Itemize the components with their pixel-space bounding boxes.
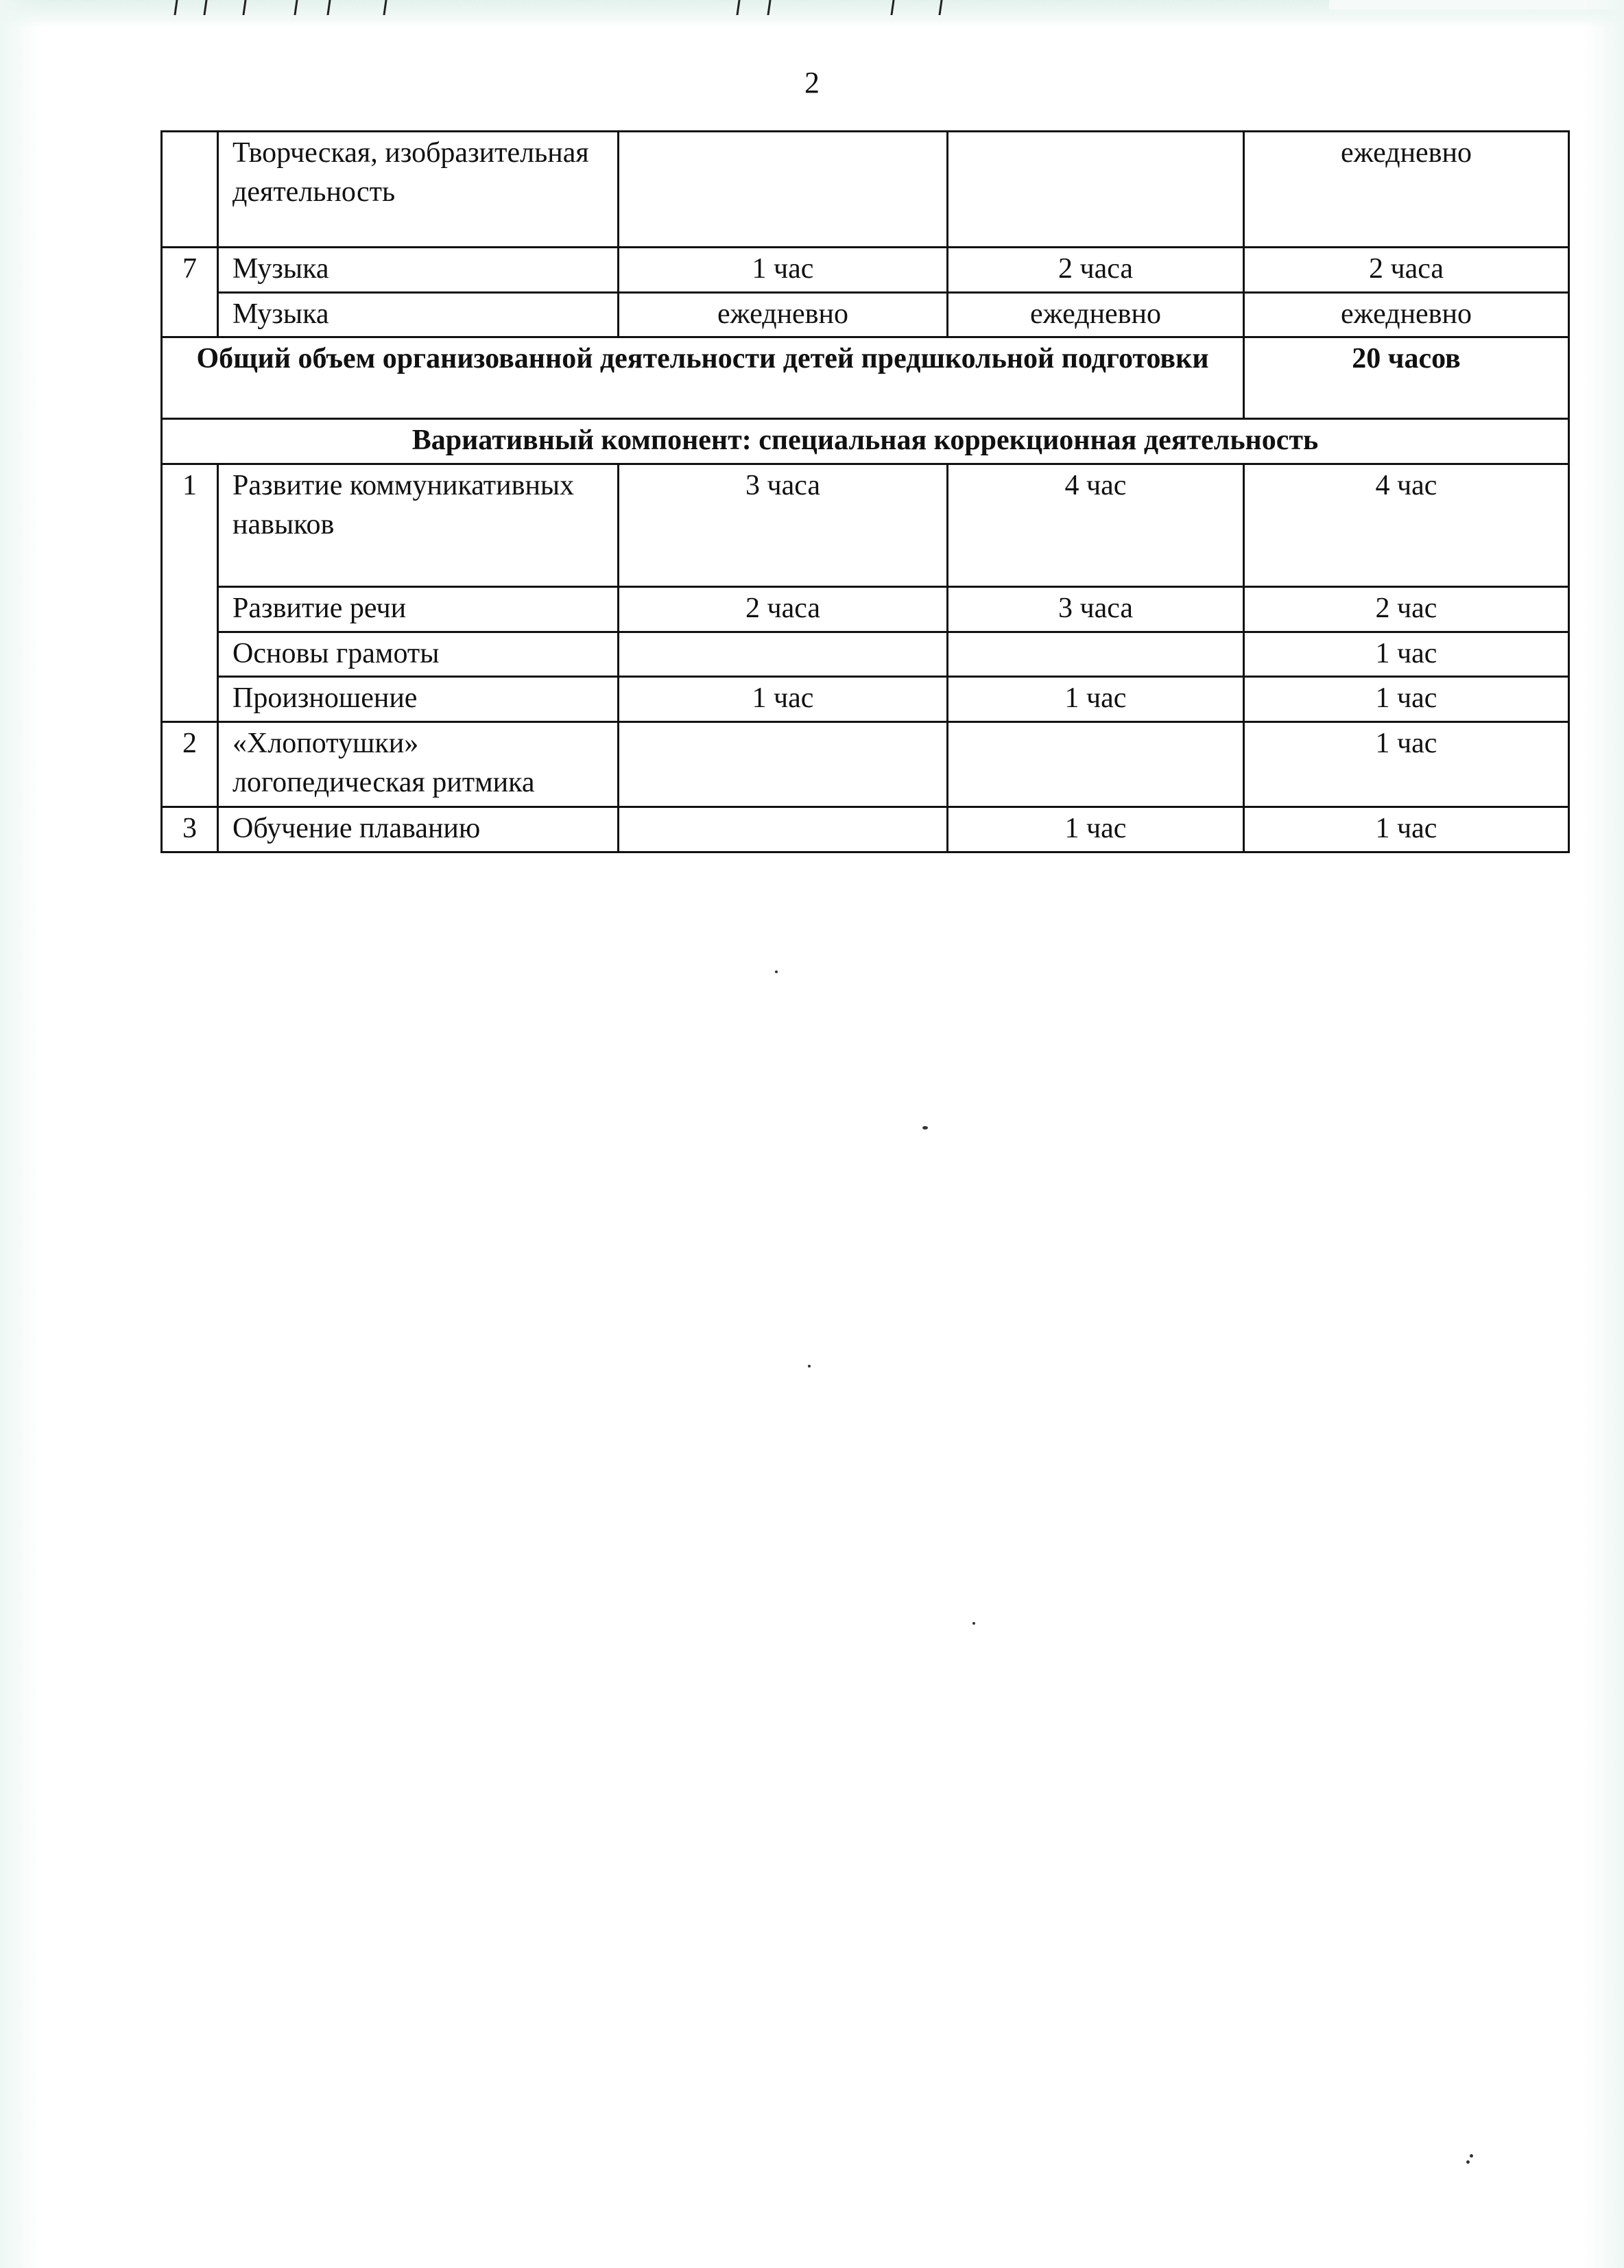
scan-speck: [1470, 2154, 1473, 2158]
table-row: Основы грамоты 1 час: [162, 632, 1569, 677]
curriculum-table: Творческая, изобразительная деятельность…: [160, 130, 1570, 853]
row-number: 1: [162, 464, 218, 722]
paper-patch: [1329, 0, 1624, 10]
section-header: Вариативный компонент: специальная корре…: [162, 419, 1569, 464]
activity-name: Обучение плаванию: [218, 807, 619, 852]
scan-speck: [1466, 2160, 1470, 2164]
group-3-hours: 1 час: [1244, 632, 1569, 677]
table-row: Развитие речи 2 часа 3 часа 2 час: [162, 587, 1569, 632]
group-2-hours: [948, 722, 1244, 807]
handwriting-mark: [736, 0, 740, 15]
scan-speck: [972, 1622, 975, 1625]
table-row: Произношение 1 час 1 час 1 час: [162, 677, 1569, 722]
group-3-hours: 2 час: [1244, 587, 1569, 632]
total-label: Общий объем организованной деятельности …: [162, 337, 1244, 419]
handwriting-mark: [203, 0, 207, 15]
activity-name: Развитие речи: [218, 587, 619, 632]
group-3-hours: ежедневно: [1244, 292, 1569, 337]
activity-name: «Хлопотушки» логопедическая ритмика: [218, 722, 619, 807]
group-1-hours: ежедневно: [619, 292, 948, 337]
scan-shadow-right: [1583, 0, 1624, 2268]
handwriting-mark: [174, 0, 178, 15]
group-1-hours: [619, 722, 948, 807]
activity-name: Творческая, изобразительная деятельность: [218, 132, 619, 248]
group-2-hours: 4 час: [948, 464, 1244, 587]
activity-name: Музыка: [218, 292, 619, 337]
page-number: 2: [0, 65, 1624, 100]
scan-speck: [808, 1365, 811, 1368]
group-1-hours: [619, 807, 948, 852]
activity-name: Произношение: [218, 677, 619, 722]
handwriting-mark: [890, 0, 894, 15]
group-1-hours: [619, 132, 948, 248]
group-3-hours: ежедневно: [1244, 132, 1569, 248]
handwriting-mark: [294, 0, 298, 15]
activity-name: Музыка: [218, 248, 619, 293]
group-2-hours: 1 час: [948, 677, 1244, 722]
group-3-hours: 1 час: [1244, 722, 1569, 807]
scan-shadow-left: [0, 0, 41, 2268]
handwriting-mark: [242, 0, 246, 15]
scan-speck: [922, 1126, 928, 1130]
row-number: 7: [162, 248, 218, 337]
group-1-hours: 1 час: [619, 248, 948, 293]
table-row: Музыка ежедневно ежедневно ежедневно: [162, 292, 1569, 337]
total-value: 20 часов: [1244, 337, 1569, 419]
group-2-hours: 3 часа: [948, 587, 1244, 632]
table-row: Творческая, изобразительная деятельность…: [162, 132, 1569, 248]
scan-top-edge: [0, 0, 1624, 27]
group-2-hours: [948, 632, 1244, 677]
group-3-hours: 1 час: [1244, 807, 1569, 852]
handwriting-mark: [383, 0, 387, 15]
section-header-row: Вариативный компонент: специальная корре…: [162, 419, 1569, 464]
row-number: 3: [162, 807, 218, 852]
group-2-hours: 1 час: [948, 807, 1244, 852]
row-number: 2: [162, 722, 218, 807]
table-row: 7 Музыка 1 час 2 часа 2 часа: [162, 248, 1569, 293]
total-row: Общий объем организованной деятельности …: [162, 337, 1569, 419]
activity-name: Развитие коммуникативных навыков: [218, 464, 619, 587]
group-2-hours: [948, 132, 1244, 248]
table-row: 2 «Хлопотушки» логопедическая ритмика 1 …: [162, 722, 1569, 807]
group-3-hours: 4 час: [1244, 464, 1569, 587]
group-3-hours: 1 час: [1244, 677, 1569, 722]
group-2-hours: ежедневно: [948, 292, 1244, 337]
handwriting-mark: [326, 0, 331, 15]
activity-name: Основы грамоты: [218, 632, 619, 677]
row-number: [162, 132, 218, 248]
group-2-hours: 2 часа: [948, 248, 1244, 293]
handwriting-mark: [767, 0, 771, 15]
scan-speck: [775, 970, 778, 973]
group-1-hours: 1 час: [619, 677, 948, 722]
group-3-hours: 2 часа: [1244, 248, 1569, 293]
group-1-hours: 3 часа: [619, 464, 948, 587]
group-1-hours: 2 часа: [619, 587, 948, 632]
handwriting-mark: [938, 0, 942, 15]
table-row: 3 Обучение плаванию 1 час 1 час: [162, 807, 1569, 852]
table-row: 1 Развитие коммуникативных навыков 3 час…: [162, 464, 1569, 587]
group-1-hours: [619, 632, 948, 677]
